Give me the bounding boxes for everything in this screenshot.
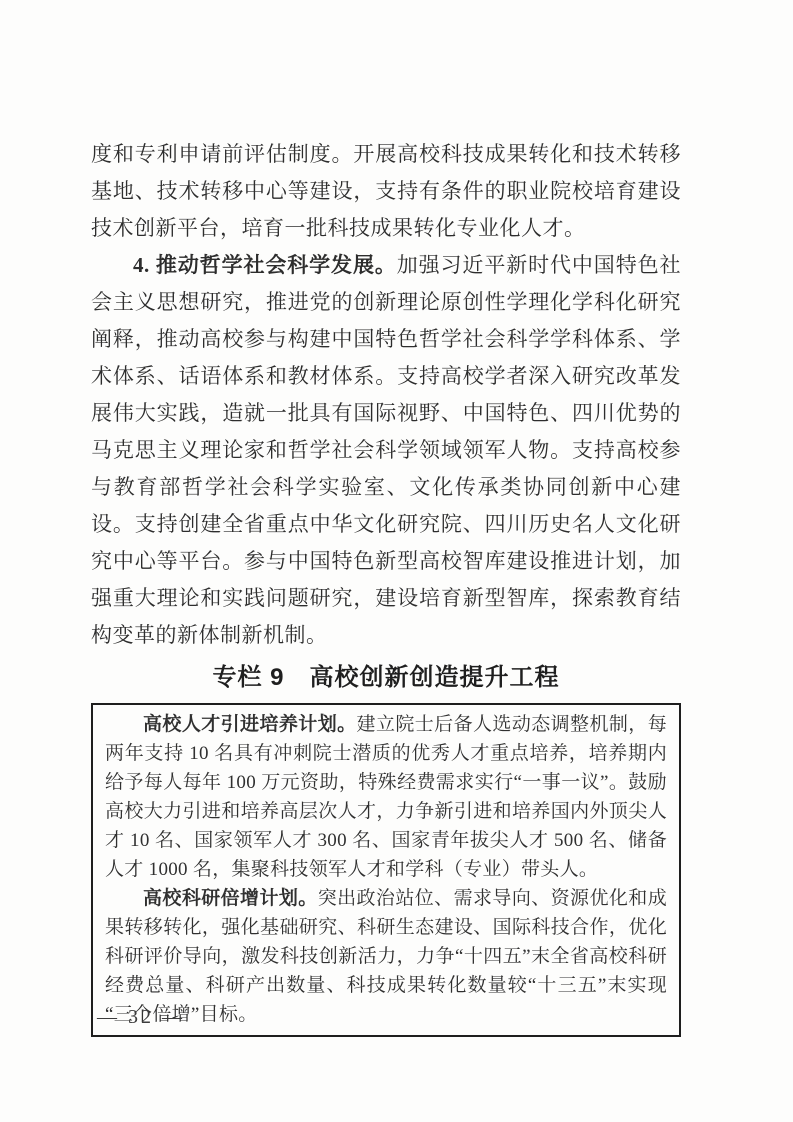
paragraph-text: 加强习近平新时代中国特色社会主义思想研究，推进党的创新理论原创性学理化学科化研究…	[91, 253, 681, 647]
document-body: 度和专利申请前评估制度。开展高校科技成果转化和技术转移基地、技术转移中心等建设，…	[91, 136, 681, 1037]
box-paragraph-text: 建立院士后备人选动态调整机制，每两年支持 10 名具有冲刺院士潜质的优秀人才重点…	[105, 714, 667, 880]
paragraph-lead: 4. 推动哲学社会科学发展。	[133, 253, 397, 277]
column-box: 高校人才引进培养计划。建立院士后备人选动态调整机制，每两年支持 10 名具有冲刺…	[91, 703, 681, 1037]
paragraph-text: 度和专利申请前评估制度。开展高校科技成果转化和技术转移基地、技术转移中心等建设，…	[91, 142, 681, 240]
box-paragraph-research-plan: 高校科研倍增计划。突出政治站位、需求导向、资源优化和成果转移转化，强化基础研究、…	[105, 884, 667, 1029]
document-page: 度和专利申请前评估制度。开展高校科技成果转化和技术转移基地、技术转移中心等建设，…	[0, 0, 793, 1122]
paragraph-continuation: 度和专利申请前评估制度。开展高校科技成果转化和技术转移基地、技术转移中心等建设，…	[91, 136, 681, 247]
page-number: — 32 —	[97, 1006, 185, 1029]
box-paragraph-talent-plan: 高校人才引进培养计划。建立院士后备人选动态调整机制，每两年支持 10 名具有冲刺…	[105, 710, 667, 884]
box-paragraph-lead: 高校科研倍增计划。	[143, 888, 318, 909]
column-box-title: 专栏 9 高校创新创造提升工程	[91, 662, 681, 694]
paragraph-item-4: 4. 推动哲学社会科学发展。加强习近平新时代中国特色社会主义思想研究，推进党的创…	[91, 247, 681, 654]
box-paragraph-lead: 高校人才引进培养计划。	[143, 714, 357, 735]
